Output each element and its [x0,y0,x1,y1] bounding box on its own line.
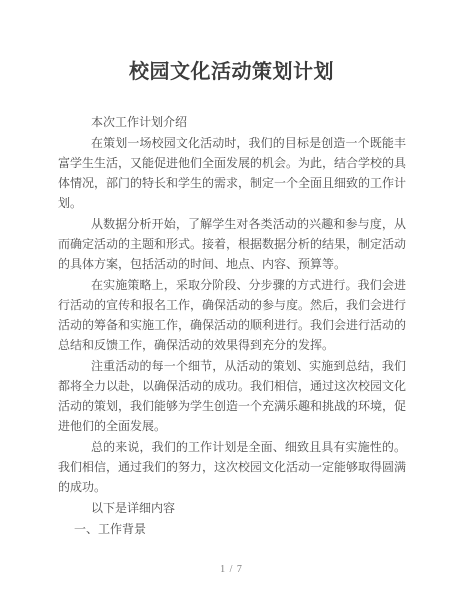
paragraph: 总的来说，我们的工作计划是全面、细致且具有实施性的。我们相信，通过我们的努力，这… [58,437,406,497]
section-heading-work-background: 一、工作背景 [58,519,406,539]
document-body: 本次工作计划介绍 在策划一场校园文化活动时，我们的目标是创造一个既能丰富学生生活… [58,112,406,539]
paragraph: 在策划一场校园文化活动时，我们的目标是创造一个既能丰富学生生活，又能促进他们全面… [58,133,406,213]
document-page: 校园文化活动策划计划 本次工作计划介绍 在策划一场校园文化活动时，我们的目标是创… [0,0,463,600]
paragraph: 在实施策略上，采取分阶段、分步骤的方式进行。我们会进行活动的宣传和报名工作，确保… [58,275,406,355]
paragraph: 从数据分析开始，了解学生对各类活动的兴趣和参与度，从而确定活动的主题和形式。接着… [58,214,406,274]
document-title: 校园文化活动策划计划 [0,59,463,85]
page-number: 1 / 7 [0,564,463,576]
paragraph-intro-label: 本次工作计划介绍 [58,112,406,132]
paragraph: 注重活动的每一个细节，从活动的策划、实施到总结，我们都将全力以赴，以确保活动的成… [58,356,406,436]
paragraph-details-lead: 以下是详细内容 [58,498,406,518]
